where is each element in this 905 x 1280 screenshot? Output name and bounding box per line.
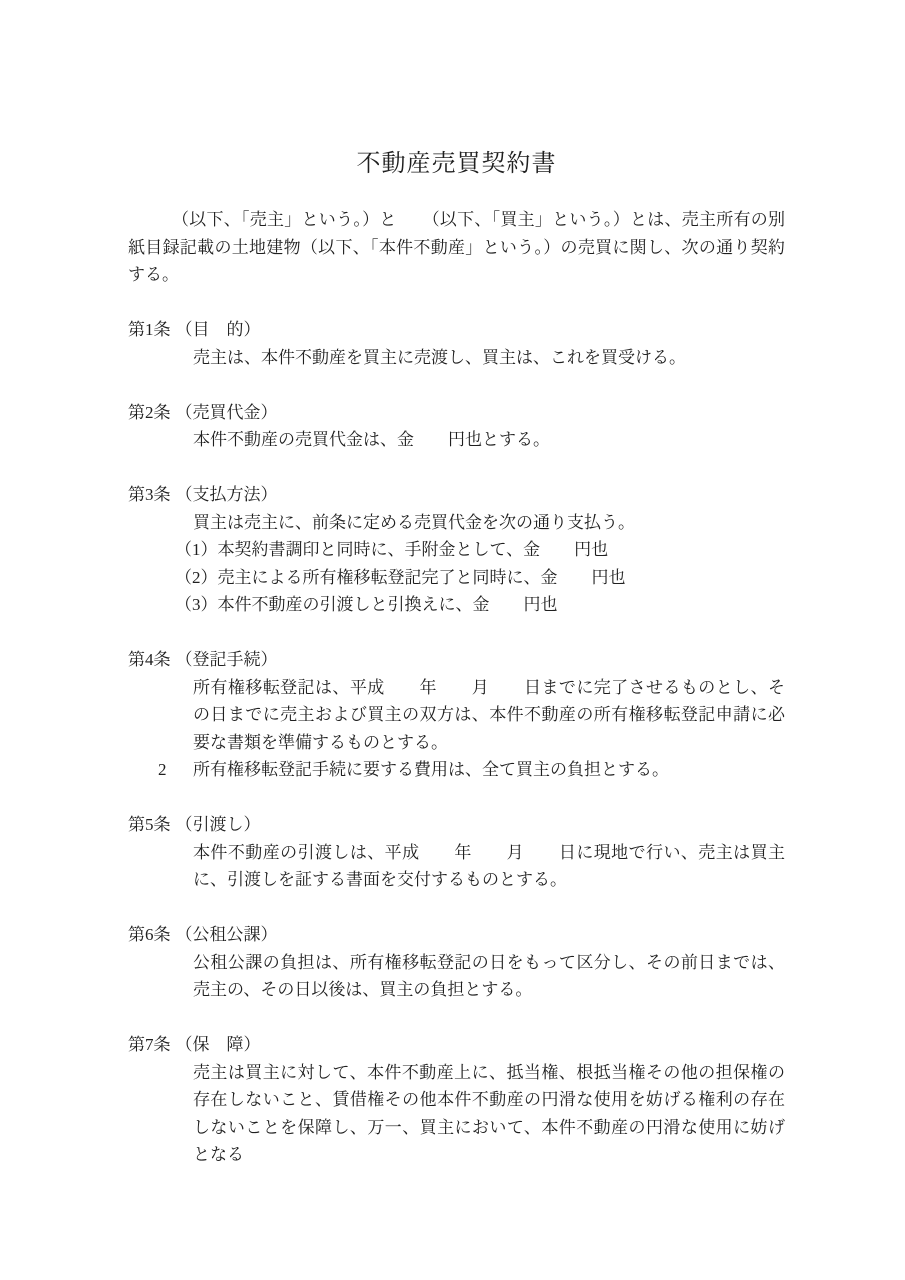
article-5: 第5条（引渡し） 本件不動産の引渡しは、平成 年 月 日に現地で行い、売主は買主… <box>128 811 785 894</box>
article-2-heading: 第2条（売買代金） <box>128 399 785 427</box>
article-4-number: 第4条 <box>128 650 171 669</box>
article-4-clause-2: 2所有権移転登記手続に要する費用は、全て買主の負担とする。 <box>158 756 785 784</box>
article-4-clause-2-number: 2 <box>158 756 193 784</box>
article-5-title: （引渡し） <box>176 815 261 834</box>
article-7-title: （保 障） <box>176 1035 261 1054</box>
article-1: 第1条（目 的） 売主は、本件不動産を買主に売渡し、買主は、これを買受ける。 <box>128 316 785 371</box>
article-7-number: 第7条 <box>128 1035 171 1054</box>
article-2-number: 第2条 <box>128 403 171 422</box>
article-5-number: 第5条 <box>128 815 171 834</box>
article-2-paragraph-1: 本件不動産の売買代金は、金 円也とする。 <box>193 426 785 454</box>
article-3-number: 第3条 <box>128 485 171 504</box>
article-3-title: （支払方法） <box>176 485 278 504</box>
article-7-heading: 第7条（保 障） <box>128 1031 785 1059</box>
article-5-paragraph-1: 本件不動産の引渡しは、平成 年 月 日に現地で行い、売主は買主に、引渡しを証する… <box>193 839 785 894</box>
document-title: 不動産売買契約書 <box>128 146 785 182</box>
article-3-heading: 第3条（支払方法） <box>128 481 785 509</box>
contract-document-page: 不動産売買契約書 （以下、「売主」という。）と （以下、「買主」という。）とは、… <box>0 0 905 1280</box>
article-6: 第6条（公租公課） 公租公課の負担は、所有権移転登記の日をもって区分し、その前日… <box>128 921 785 1004</box>
article-3-item-3: （3）本件不動産の引渡しと引換えに、金 円也 <box>175 591 785 619</box>
article-6-number: 第6条 <box>128 925 171 944</box>
article-4-clause-2-text: 所有権移転登記手続に要する費用は、全て買主の負担とする。 <box>193 760 669 779</box>
article-4-heading: 第4条（登記手続） <box>128 646 785 674</box>
intro-paragraph: （以下、「売主」という。）と （以下、「買主」という。）とは、売主所有の別紙目録… <box>128 206 785 289</box>
article-1-paragraph-1: 売主は、本件不動産を買主に売渡し、買主は、これを買受ける。 <box>193 344 785 372</box>
article-3-paragraph-1: 買主は売主に、前条に定める売買代金を次の通り支払う。 <box>193 509 785 537</box>
article-7-paragraph-1: 売主は買主に対して、本件不動産上に、抵当権、根抵当権その他の担保権の存在しないこ… <box>193 1059 785 1169</box>
article-3-item-2: （2）売主による所有権移転登記完了と同時に、金 円也 <box>175 564 785 592</box>
article-6-title: （公租公課） <box>176 925 278 944</box>
article-1-number: 第1条 <box>128 320 171 339</box>
article-4-paragraph-1: 所有権移転登記は、平成 年 月 日までに完了させるものとし、その日までに売主およ… <box>193 674 785 757</box>
article-1-heading: 第1条（目 的） <box>128 316 785 344</box>
article-6-heading: 第6条（公租公課） <box>128 921 785 949</box>
article-2-title: （売買代金） <box>176 403 278 422</box>
article-6-paragraph-1: 公租公課の負担は、所有権移転登記の日をもって区分し、その前日までは、売主の、その… <box>193 949 785 1004</box>
article-4: 第4条（登記手続） 所有権移転登記は、平成 年 月 日までに完了させるものとし、… <box>128 646 785 784</box>
article-3: 第3条（支払方法） 買主は売主に、前条に定める売買代金を次の通り支払う。 （1）… <box>128 481 785 619</box>
article-3-item-1: （1）本契約書調印と同時に、手附金として、金 円也 <box>175 536 785 564</box>
article-4-title: （登記手続） <box>176 650 278 669</box>
article-5-heading: 第5条（引渡し） <box>128 811 785 839</box>
article-7: 第7条（保 障） 売主は買主に対して、本件不動産上に、抵当権、根抵当権その他の担… <box>128 1031 785 1169</box>
article-2: 第2条（売買代金） 本件不動産の売買代金は、金 円也とする。 <box>128 399 785 454</box>
article-1-title: （目 的） <box>176 320 261 339</box>
